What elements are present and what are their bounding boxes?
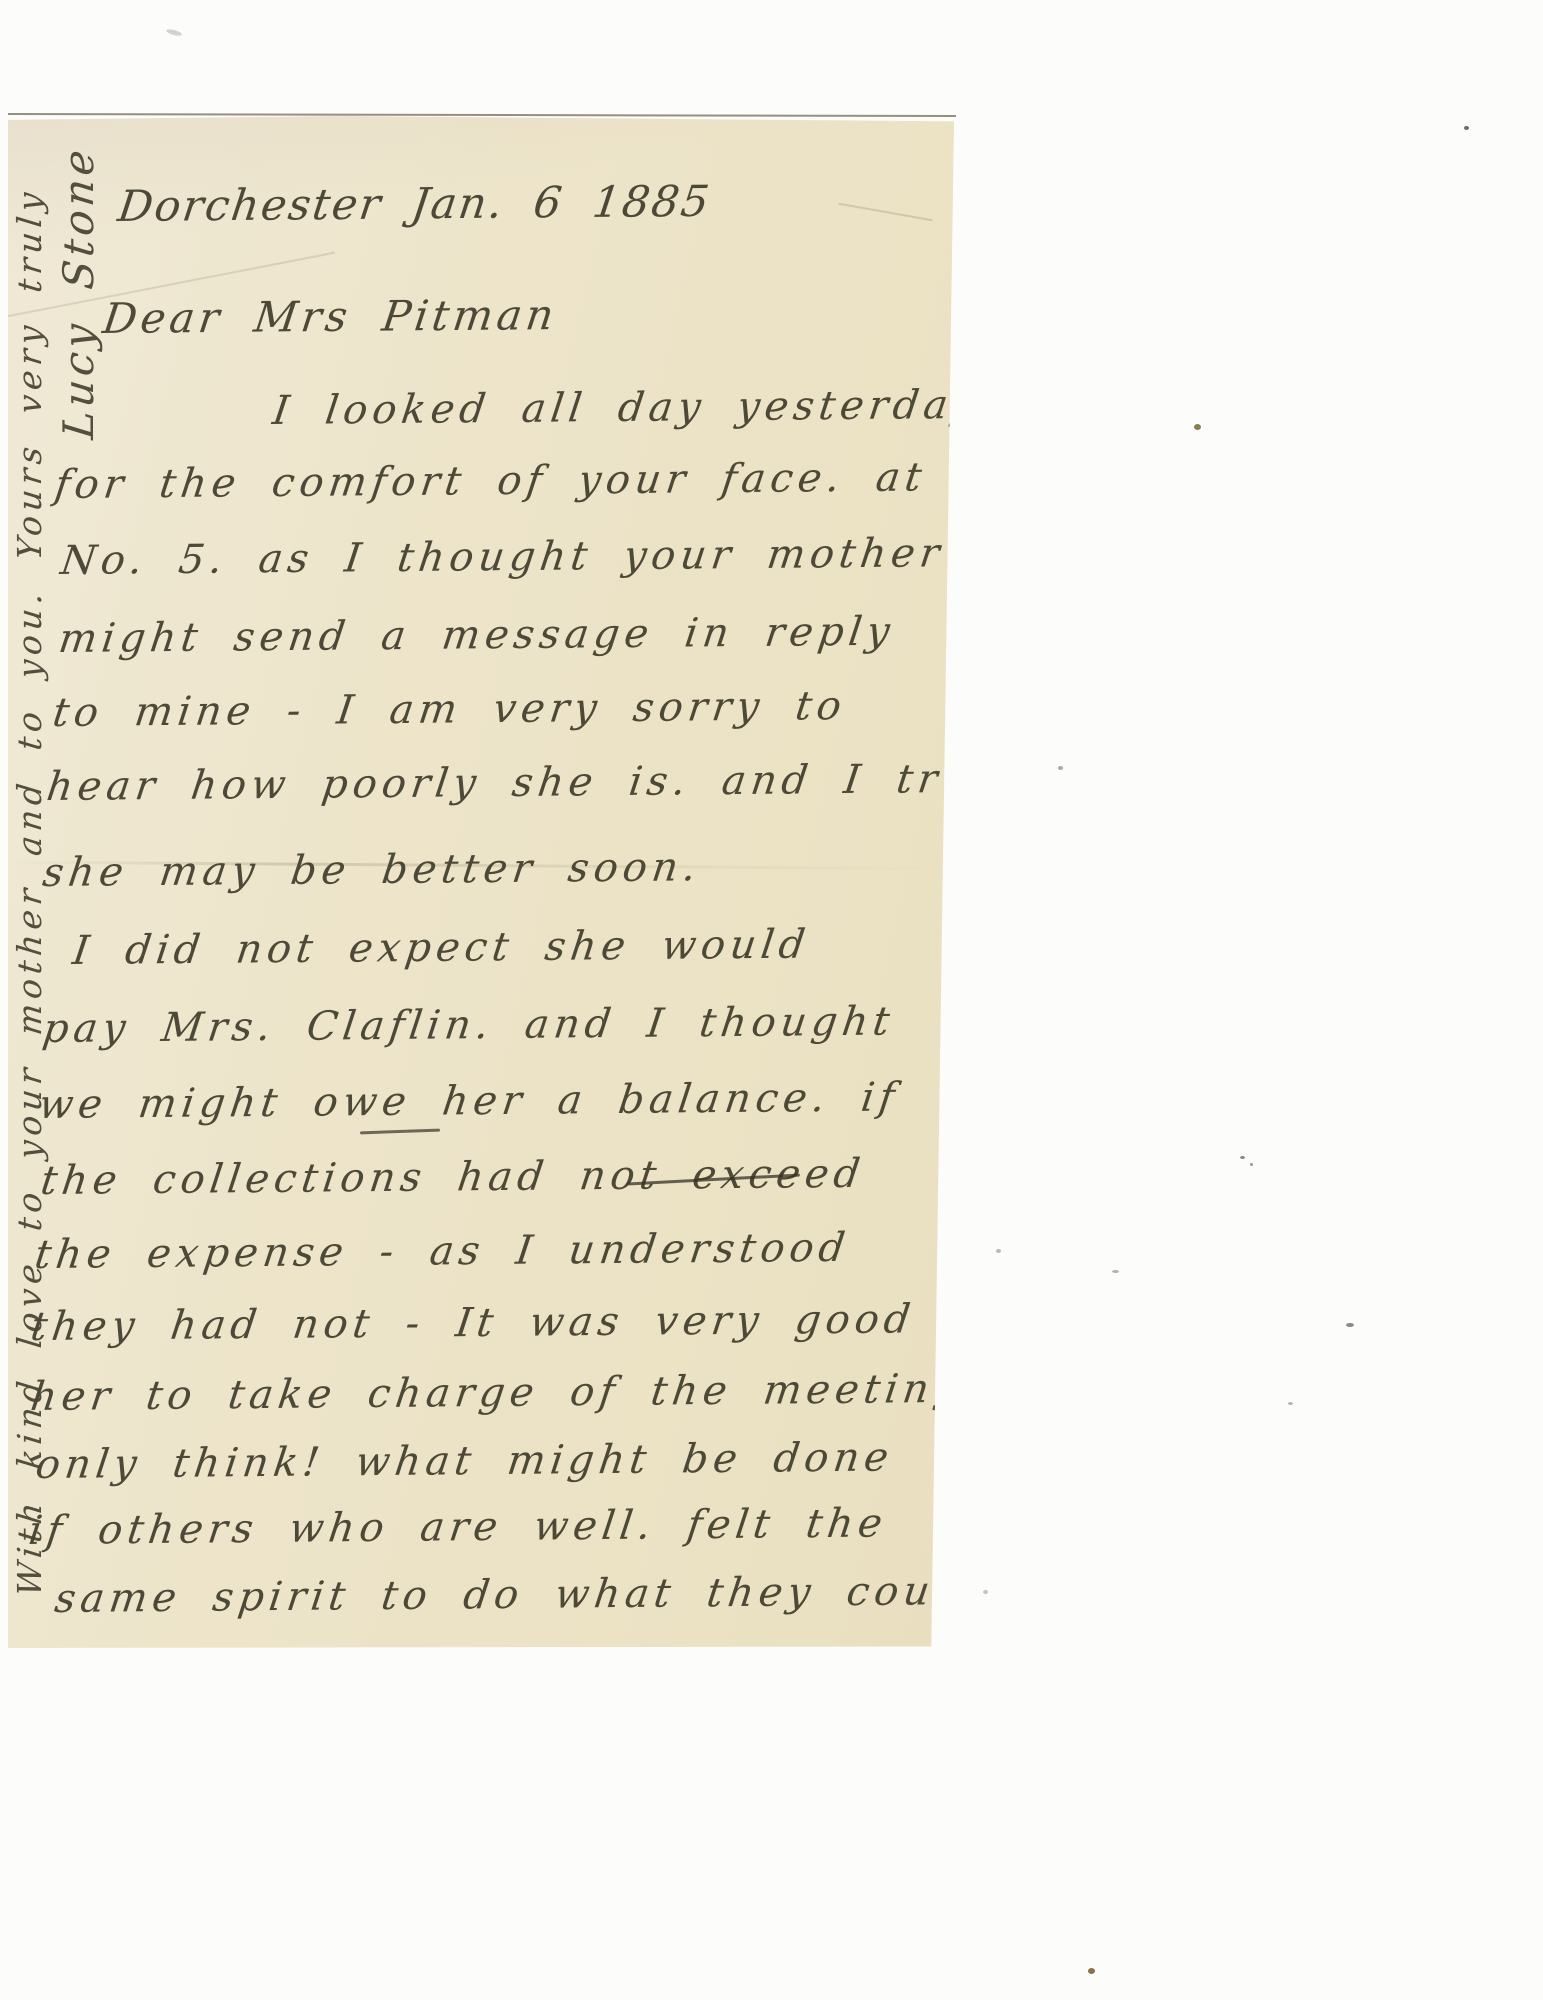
body-line-9: pay Mrs. Claflin. and I thought — [40, 999, 897, 1052]
body-line-2: for the comfort of your face. at — [52, 454, 929, 508]
scan-speck — [983, 1590, 988, 1594]
paper-crease — [839, 203, 933, 221]
margin-signature: Lucy Stone — [54, 166, 110, 442]
scan-speck — [1240, 1156, 1245, 1159]
margin-closing-line: With kind love to your mother and to you… — [10, 194, 56, 1599]
body-line-7: she may be better soon. — [40, 844, 704, 896]
scan-speck — [1112, 1270, 1119, 1273]
body-line-4: might send a message in reply — [56, 609, 897, 662]
scan-speck — [996, 1249, 1001, 1253]
body-line-1: I looked all day yesterday — [270, 382, 983, 434]
body-line-12: the expense - as I understood — [32, 1225, 853, 1278]
letter-sheet: Dorchester Jan. 6 1885 Dear Mrs Pitman I… — [8, 116, 954, 1648]
scan-speck — [1250, 1163, 1253, 1166]
body-line-13: they had not - It was very good of — [28, 1296, 998, 1350]
scan-speck — [1194, 424, 1201, 430]
scan-speck — [1088, 1968, 1095, 1974]
body-line-8: I did not expect she would — [70, 922, 813, 974]
scan-speck — [1346, 1323, 1354, 1327]
scanned-letter-page: Dorchester Jan. 6 1885 Dear Mrs Pitman I… — [0, 0, 1543, 2000]
body-line-3: No. 5. as I thought your mother — [58, 530, 947, 584]
body-line-17: same spirit to do what they could. — [52, 1568, 1004, 1622]
body-line-5: to mine - I am very sorry to — [50, 683, 849, 736]
body-line-14: her to take charge of the meetings, — [28, 1365, 1011, 1420]
scan-speck — [1464, 126, 1469, 130]
scan-speck — [166, 28, 183, 37]
salutation-line: Dear Mrs Pitman — [100, 290, 560, 343]
body-line-6: hear how poorly she is. and I trust — [44, 756, 1023, 810]
body-line-15: only think! what might be done — [33, 1435, 896, 1488]
paper-corner-mark — [3, 100, 36, 120]
body-line-10: we might owe her a balance. if — [36, 1075, 902, 1128]
body-line-16: if others who are well. felt the — [26, 1501, 890, 1554]
underline-mark — [360, 1129, 440, 1135]
scan-speck — [1288, 1402, 1293, 1405]
paper-top-edge-shadow — [8, 113, 956, 117]
date-line: Dorchester Jan. 6 1885 — [115, 177, 714, 232]
scan-speck — [1058, 766, 1063, 770]
